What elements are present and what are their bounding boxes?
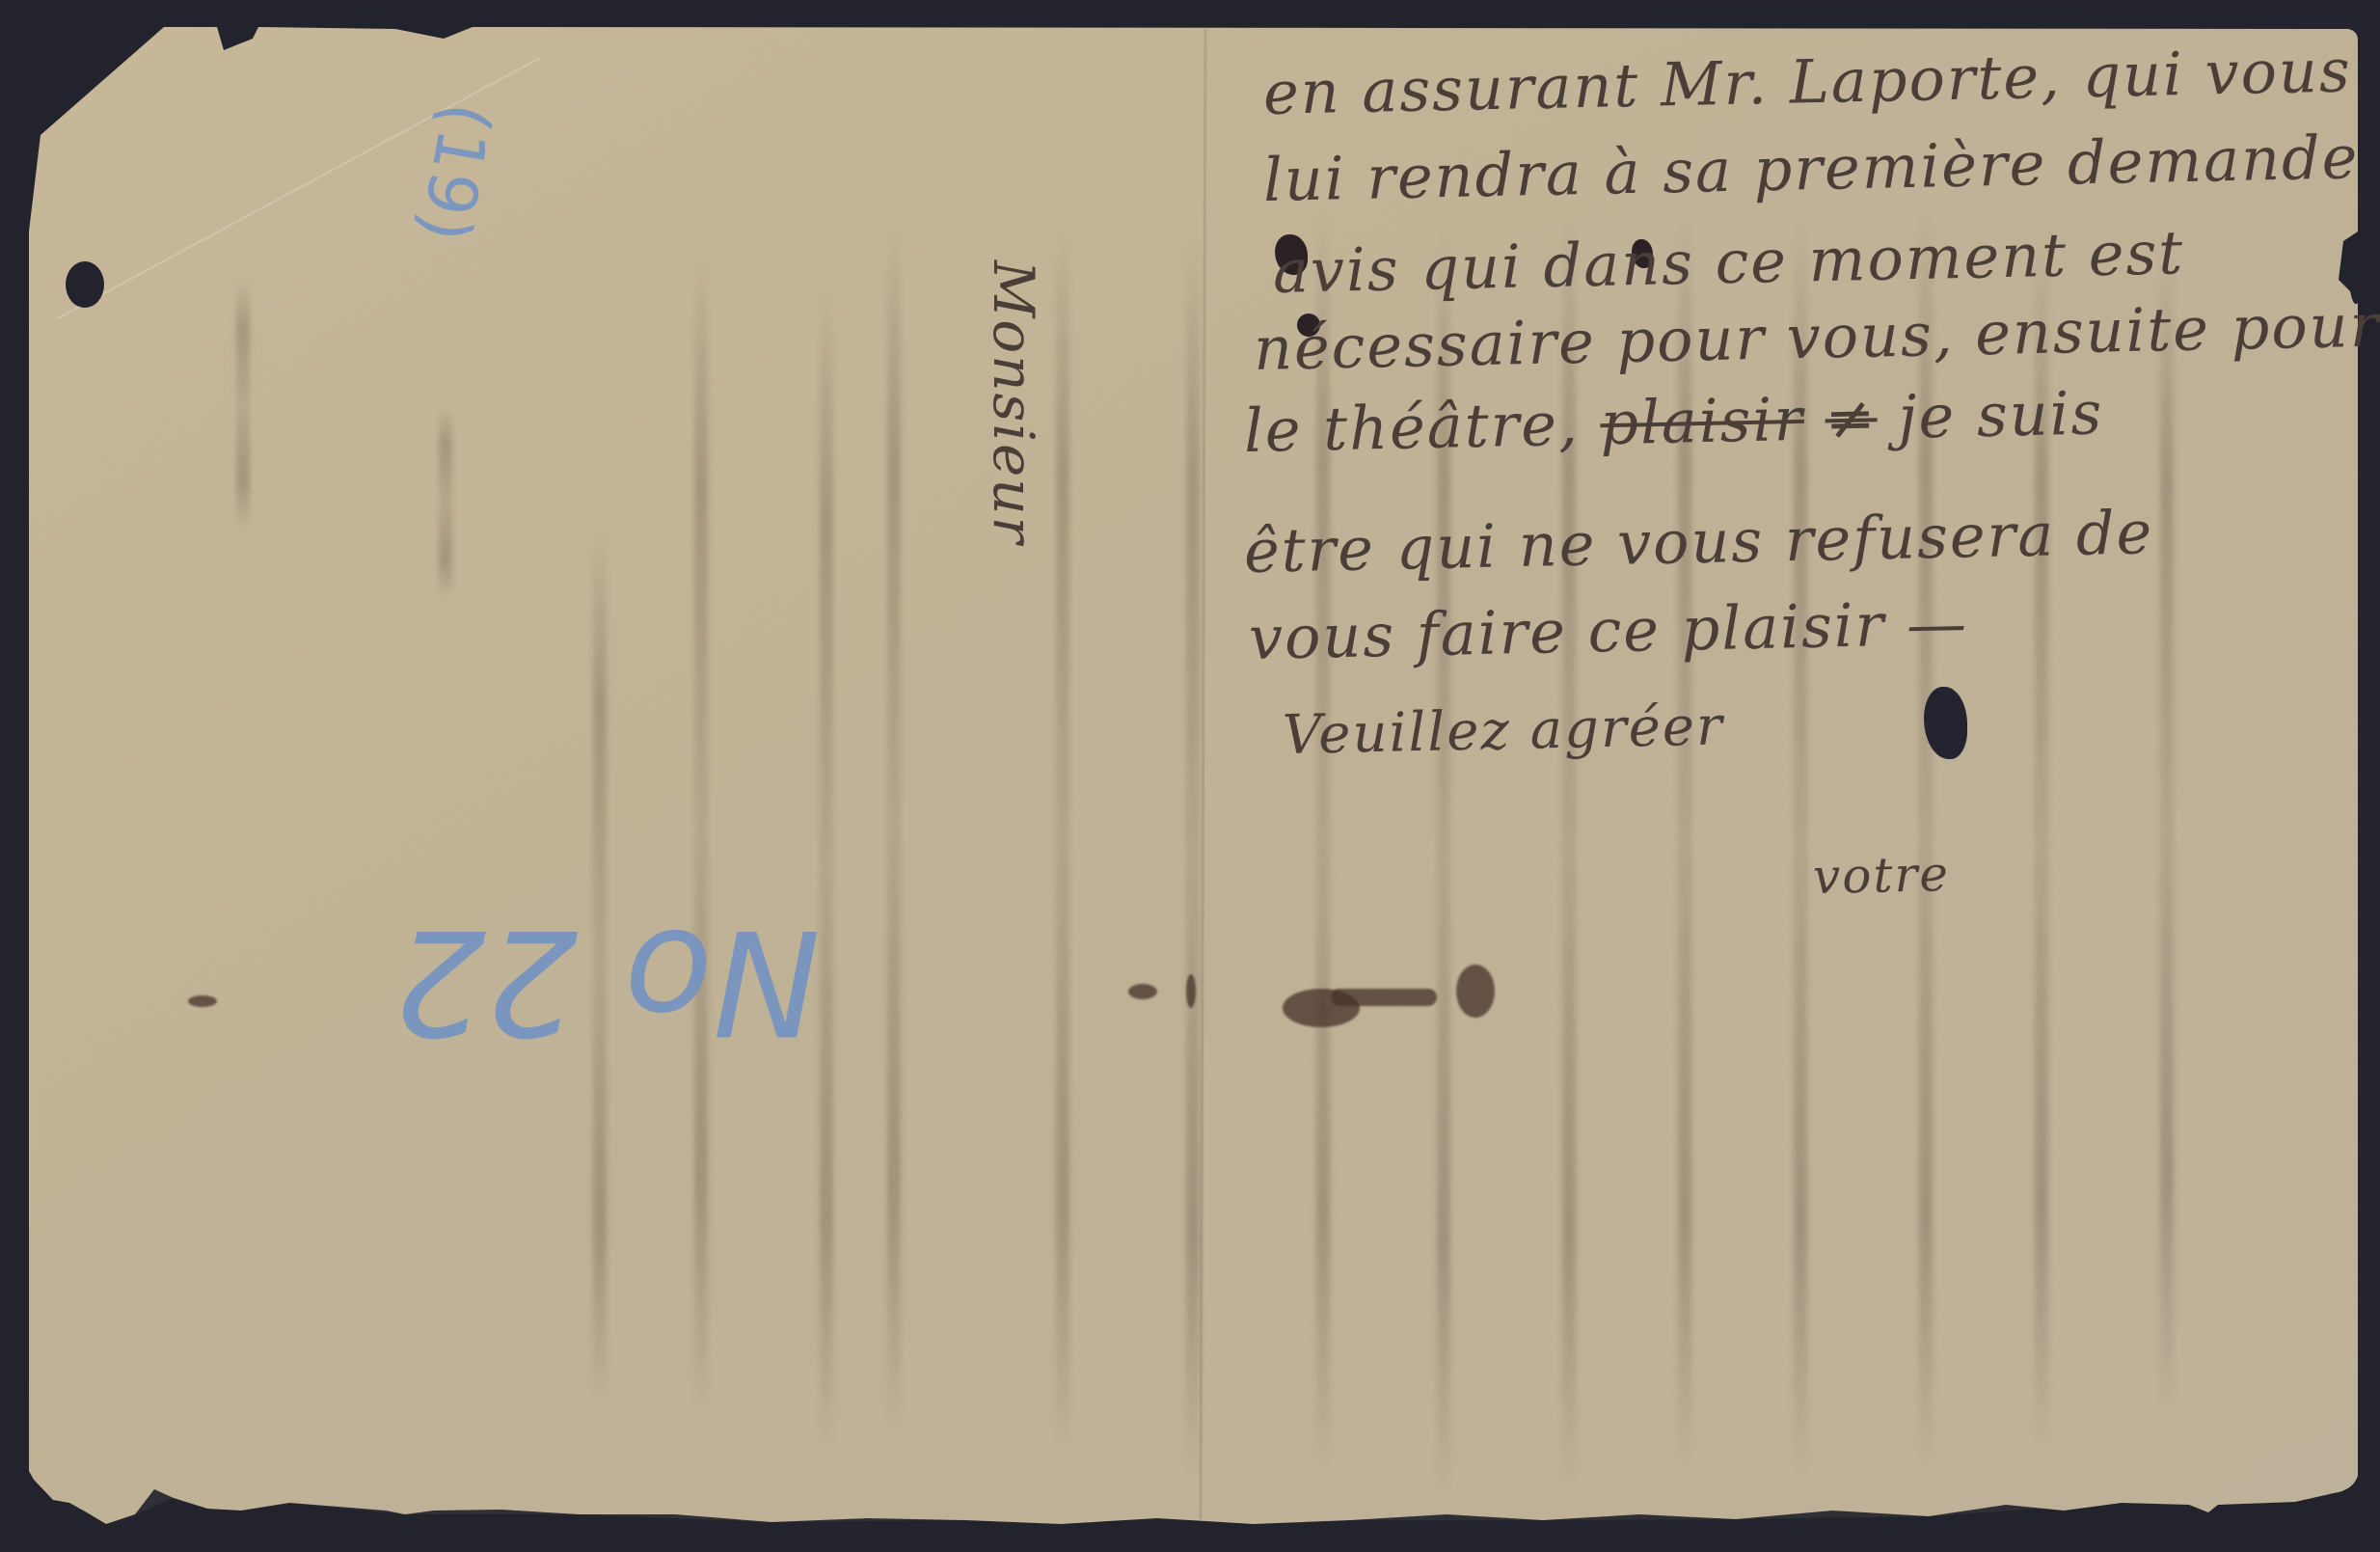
letter-line-7: vous faire ce plaisir — bbox=[1248, 587, 1968, 673]
shelf-mark-annotation: No 22 bbox=[318, 897, 897, 1065]
letter-line-4-end: ensuite pour bbox=[1974, 290, 2380, 369]
document-scan: en assurant Mr. Laporte, qui vous lui re… bbox=[0, 0, 2380, 1552]
closing-line: Veuillez agréer bbox=[1282, 694, 1724, 767]
signature-start: votre bbox=[1812, 846, 1950, 905]
struck-mark: ≠ bbox=[1825, 382, 1878, 453]
struck-word: plaisir bbox=[1600, 384, 1805, 458]
letter-line-5-start: le théâtre, bbox=[1243, 389, 1580, 466]
address-salutation: Monsieur bbox=[981, 260, 1046, 545]
letter-line-5-end: je suis bbox=[1897, 377, 2104, 451]
